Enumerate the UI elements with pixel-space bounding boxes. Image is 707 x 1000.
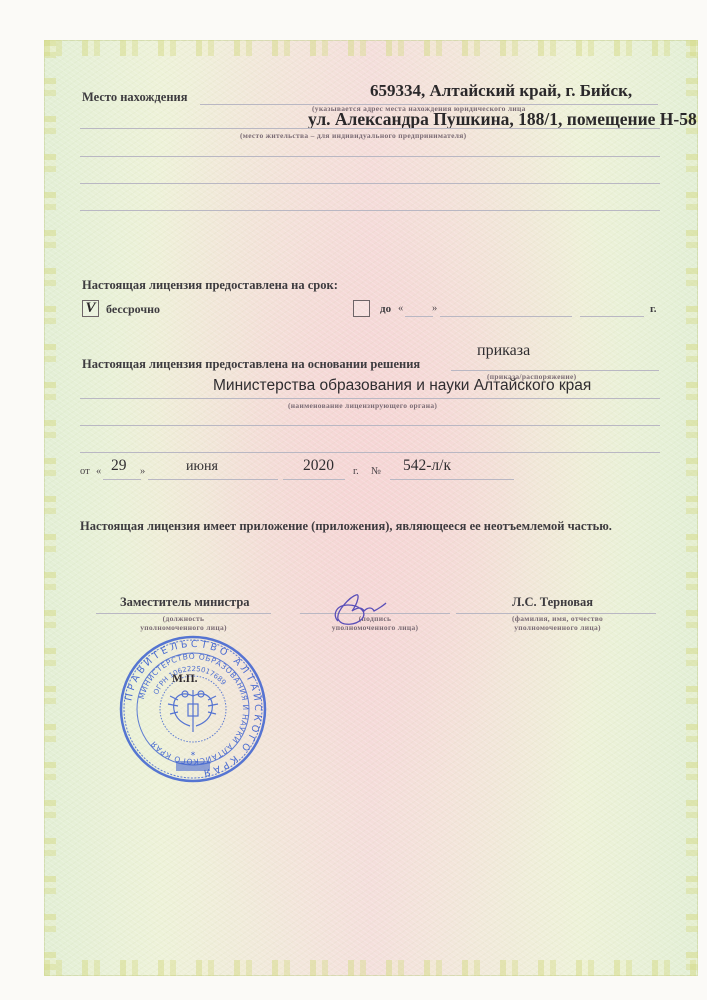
location-value-line-1: 659334, Алтайский край, г. Бийск, (370, 81, 632, 101)
authority-value: Министерства образования и науки Алтайск… (213, 377, 591, 395)
term-label: Настоящая лицензия предоставлена на срок… (82, 278, 338, 293)
order-number: 542-л/к (403, 457, 451, 475)
authority-line (80, 398, 660, 399)
basis-label: Настоящая лицензия предоставлена на осно… (82, 357, 420, 372)
until-year-suffix: г. (650, 303, 657, 315)
date-close-quote: » (140, 466, 145, 477)
date-open-quote: « (96, 466, 101, 477)
blank-line (80, 210, 660, 211)
blank-line (80, 452, 660, 453)
until-day-line (405, 316, 433, 317)
until-close-quote: » (432, 303, 437, 314)
indefinite-checkbox[interactable]: V (82, 300, 99, 317)
until-open-quote: « (398, 303, 403, 314)
coat-of-arms-icon (168, 690, 218, 732)
signer-position: Заместитель министра (120, 595, 250, 610)
authority-hint: (наименование лицензирующего органа) (288, 401, 437, 410)
day-line (103, 479, 141, 480)
blank-line (80, 156, 660, 157)
month-line (148, 479, 278, 480)
blank-line (80, 183, 660, 184)
until-checkbox[interactable] (353, 300, 370, 317)
location-value-line-2: ул. Александра Пушкина, 188/1, помещение… (308, 109, 697, 130)
stamp-base-mark (176, 761, 210, 771)
indefinite-label: бессрочно (106, 302, 160, 317)
mp-label: М.П. (172, 673, 198, 685)
number-line (390, 479, 514, 480)
stamp-star-icon: * (191, 751, 196, 761)
appendix-note: Настоящая лицензия имеет приложение (при… (80, 519, 612, 534)
location-hint-2: (место жительства – для индивидуального … (240, 131, 466, 140)
signature-mark (328, 593, 388, 633)
year-line (283, 479, 345, 480)
decorative-border-top (44, 40, 698, 56)
location-label: Место нахождения (82, 90, 188, 105)
location-line-2 (80, 128, 660, 129)
decorative-border-left (44, 40, 56, 976)
until-year-line (580, 316, 644, 317)
until-label: до (380, 303, 391, 315)
position-hint: (должность уполномоченного лица) (96, 614, 271, 632)
signer-name: Л.С. Терновая (512, 595, 593, 610)
blank-line (80, 425, 660, 426)
decorative-border-bottom (44, 960, 698, 976)
date-month: июня (186, 459, 218, 475)
official-stamp: ПРАВИТЕЛЬСТВО АЛТАЙСКОГО КРАЯ МИНИСТЕРСТ… (118, 634, 268, 784)
date-year: 2020 (303, 457, 334, 475)
date-prefix: от (80, 466, 90, 477)
date-year-suffix: г. (353, 466, 359, 477)
date-day: 29 (111, 457, 127, 475)
until-month-line (440, 316, 572, 317)
number-sign: № (371, 466, 381, 477)
decorative-border-right (686, 40, 698, 976)
decision-type-value: приказа (477, 342, 530, 360)
name-hint: (фамилия, имя, отчество уполномоченного … (470, 614, 645, 632)
license-form-page (44, 40, 698, 976)
decision-type-line (451, 370, 659, 371)
